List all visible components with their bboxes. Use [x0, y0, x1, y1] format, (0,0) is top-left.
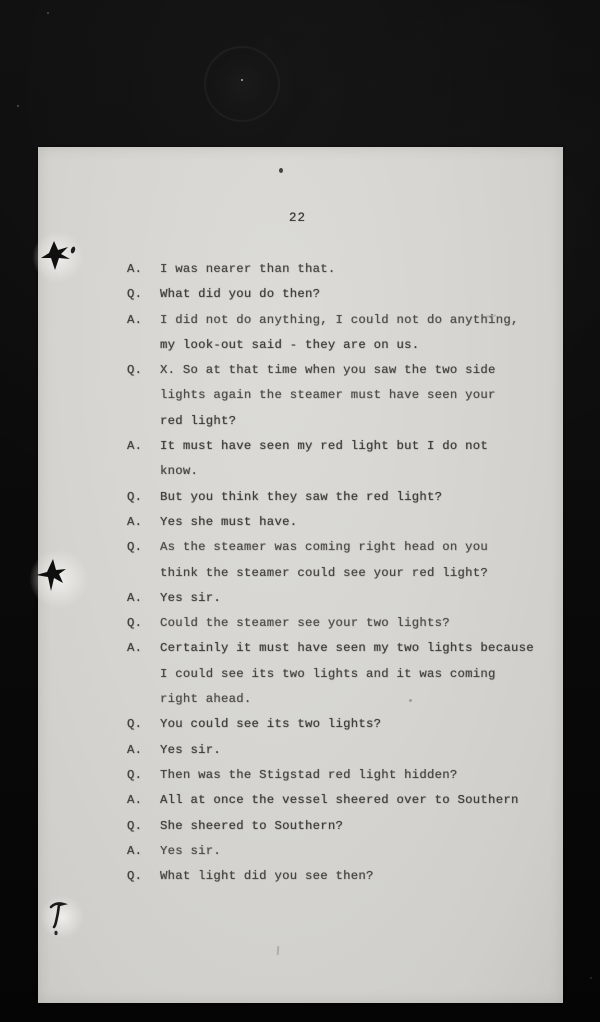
film-circle-artifact: [204, 46, 280, 122]
speaker-label: A.: [127, 434, 160, 459]
speaker-label: Q.: [127, 485, 160, 510]
film-speck: [17, 105, 19, 107]
speaker-label: [127, 687, 160, 712]
speaker-label: A.: [127, 308, 160, 333]
film-speck: [241, 79, 243, 81]
transcript-text: know.: [160, 459, 198, 484]
transcript-row: right ahead.: [127, 687, 563, 712]
binding-tear-mark: [40, 239, 80, 273]
transcript-row: Q.What light did you see then?: [127, 864, 563, 889]
transcript-text: Yes sir.: [160, 586, 221, 611]
transcript-text: lights again the steamer must have seen …: [160, 383, 496, 408]
binding-tear-mark: [48, 900, 72, 940]
smudge-artifact: [277, 946, 280, 955]
speaker-label: [127, 383, 160, 408]
transcript-text: Yes sir.: [160, 839, 221, 864]
transcript-text: As the steamer was coming right head on …: [160, 535, 488, 560]
speaker-label: Q.: [127, 814, 160, 839]
speaker-label: Q.: [127, 712, 160, 737]
ink-dot-artifact: [279, 168, 283, 173]
transcript-text: What did you do then?: [160, 282, 320, 307]
transcript-row: A.Certainly it must have seen my two lig…: [127, 636, 563, 661]
transcript-row: A.I did not do anything, I could not do …: [127, 308, 563, 333]
transcript-row: A.All at once the vessel sheered over to…: [127, 788, 563, 813]
transcript: A.I was nearer than that.Q.What did you …: [127, 257, 563, 889]
transcript-text: I was nearer than that.: [160, 257, 335, 282]
transcript-row: A.It must have seen my red light but I d…: [127, 434, 563, 459]
transcript-row: Q.Could the steamer see your two lights?: [127, 611, 563, 636]
transcript-row: Q.But you think they saw the red light?: [127, 485, 563, 510]
transcript-row: know.: [127, 459, 563, 484]
document-page: 22 A.I was nearer than that.Q.What did y…: [38, 147, 563, 1003]
speaker-label: A.: [127, 257, 160, 282]
speaker-label: Q.: [127, 535, 160, 560]
transcript-text: my look-out said - they are on us.: [160, 333, 419, 358]
transcript-row: think the steamer could see your red lig…: [127, 561, 563, 586]
transcript-row: I could see its two lights and it was co…: [127, 662, 563, 687]
transcript-row: Q.She sheered to Southern?: [127, 814, 563, 839]
speaker-label: A.: [127, 839, 160, 864]
transcript-text: All at once the vessel sheered over to S…: [160, 788, 519, 813]
transcript-row: Q.You could see its two lights?: [127, 712, 563, 737]
speaker-label: A.: [127, 586, 160, 611]
speaker-label: [127, 333, 160, 358]
speaker-label: [127, 662, 160, 687]
speaker-label: Q.: [127, 763, 160, 788]
page-number: 22: [38, 211, 557, 225]
transcript-row: A.Yes sir.: [127, 839, 563, 864]
transcript-row: A.Yes sir.: [127, 586, 563, 611]
transcript-text: I could see its two lights and it was co…: [160, 662, 496, 687]
transcript-text: But you think they saw the red light?: [160, 485, 442, 510]
transcript-row: lights again the steamer must have seen …: [127, 383, 563, 408]
speaker-label: A.: [127, 738, 160, 763]
transcript-row: Q.X. So at that time when you saw the tw…: [127, 358, 563, 383]
transcript-row: A.Yes she must have.: [127, 510, 563, 535]
transcript-text: red light?: [160, 409, 236, 434]
transcript-text: She sheered to Southern?: [160, 814, 343, 839]
transcript-row: Q.What did you do then?: [127, 282, 563, 307]
transcript-text: You could see its two lights?: [160, 712, 381, 737]
film-speck: [47, 12, 49, 14]
transcript-row: A.I was nearer than that.: [127, 257, 563, 282]
transcript-text: X. So at that time when you saw the two …: [160, 358, 496, 383]
speaker-label: Q.: [127, 611, 160, 636]
scanned-page-view: 22 A.I was nearer than that.Q.What did y…: [0, 0, 600, 1022]
transcript-row: red light?: [127, 409, 563, 434]
speaker-label: A.: [127, 788, 160, 813]
speaker-label: A.: [127, 636, 160, 661]
speaker-label: Q.: [127, 358, 160, 383]
transcript-text: Could the steamer see your two lights?: [160, 611, 450, 636]
transcript-text: It must have seen my red light but I do …: [160, 434, 488, 459]
speaker-label: [127, 561, 160, 586]
speaker-label: [127, 459, 160, 484]
speaker-label: Q.: [127, 864, 160, 889]
transcript-text: right ahead.: [160, 687, 252, 712]
transcript-text: Certainly it must have seen my two light…: [160, 636, 534, 661]
transcript-text: think the steamer could see your red lig…: [160, 561, 488, 586]
transcript-row: A.Yes sir.: [127, 738, 563, 763]
transcript-text: What light did you see then?: [160, 864, 374, 889]
binding-tear-mark: [36, 557, 74, 595]
speaker-label: A.: [127, 510, 160, 535]
transcript-text: Yes she must have.: [160, 510, 297, 535]
transcript-row: Q.As the steamer was coming right head o…: [127, 535, 563, 560]
film-speck: [590, 977, 592, 979]
transcript-text: Then was the Stigstad red light hidden?: [160, 763, 458, 788]
transcript-row: my look-out said - they are on us.: [127, 333, 563, 358]
transcript-text: I did not do anything, I could not do an…: [160, 308, 519, 333]
transcript-row: Q.Then was the Stigstad red light hidden…: [127, 763, 563, 788]
smudge-artifact: [409, 699, 412, 702]
transcript-text: Yes sir.: [160, 738, 221, 763]
speaker-label: Q.: [127, 282, 160, 307]
speaker-label: [127, 409, 160, 434]
